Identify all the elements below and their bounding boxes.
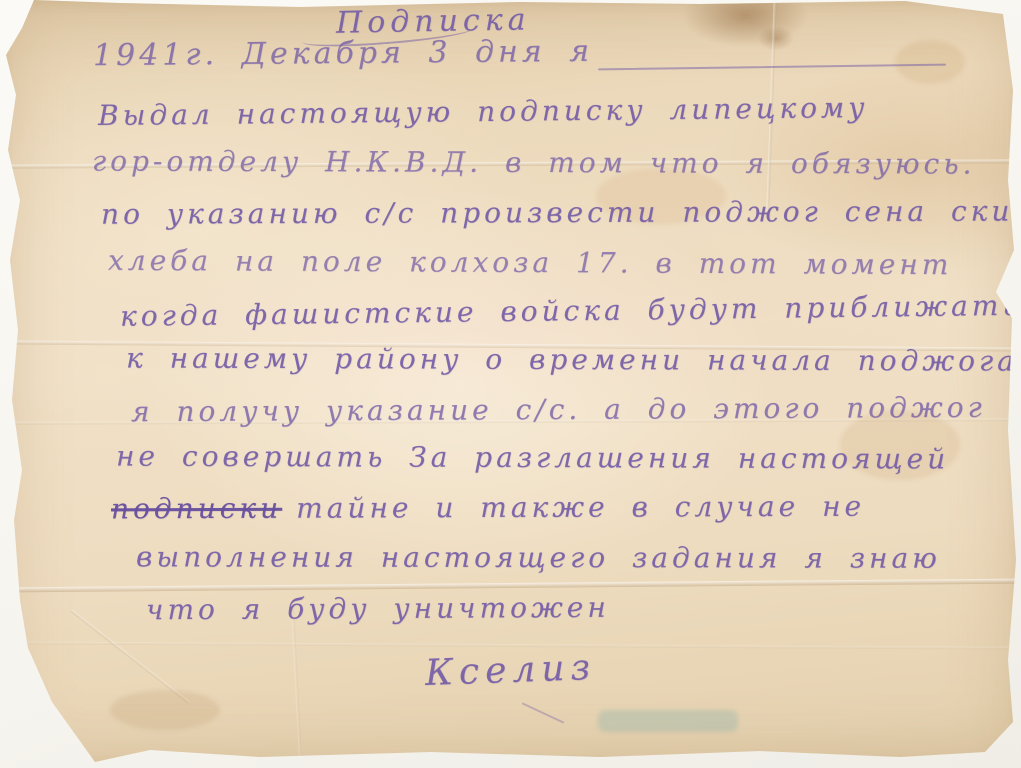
scanned-document-photo: Подписка 1941г. Декабря 3 дня я Выдал на… — [0, 0, 1021, 768]
body-line-text: тайне и также в случае не — [296, 490, 865, 525]
paper-stain — [895, 40, 965, 84]
body-line: что я буду уничтожен — [146, 591, 610, 626]
body-line: гор-отделу Н.К.В.Д. в том что я обязуюсь… — [92, 144, 976, 180]
signature: Кселиз — [424, 647, 596, 694]
body-line: хлеба на поле колхоза 17. в тот момент — [108, 244, 953, 281]
body-line: не совершать За разглашения настоящей — [116, 440, 949, 476]
date-line: 1941г. Декабря 3 дня я — [93, 34, 593, 73]
paper-stain — [110, 690, 220, 730]
struck-out-word: подписки — [111, 492, 282, 526]
body-line-with-strikethrough: подпискитайне и также в случае не — [111, 490, 865, 526]
body-line: по указанию с/с произвести поджог сена с… — [101, 194, 1021, 230]
body-line: я получу указание с/с. а до этого поджог — [131, 391, 986, 428]
handwritten-dash-line — [598, 64, 946, 71]
body-line: Выдал настоящую подписку липецкому — [98, 91, 869, 132]
paper-sheet: Подписка 1941г. Декабря 3 дня я Выдал на… — [0, 0, 1021, 768]
paper-crease-horizontal — [0, 641, 1021, 649]
body-line: когда фашистские войска будут приближать… — [120, 288, 1021, 333]
body-line: к нашему району о времени начала поджога — [126, 341, 1018, 377]
body-line: выполнения настоящего задания я знаю — [136, 540, 941, 574]
signature-flourish — [522, 702, 565, 723]
ink-smudge-remnant — [598, 710, 738, 732]
